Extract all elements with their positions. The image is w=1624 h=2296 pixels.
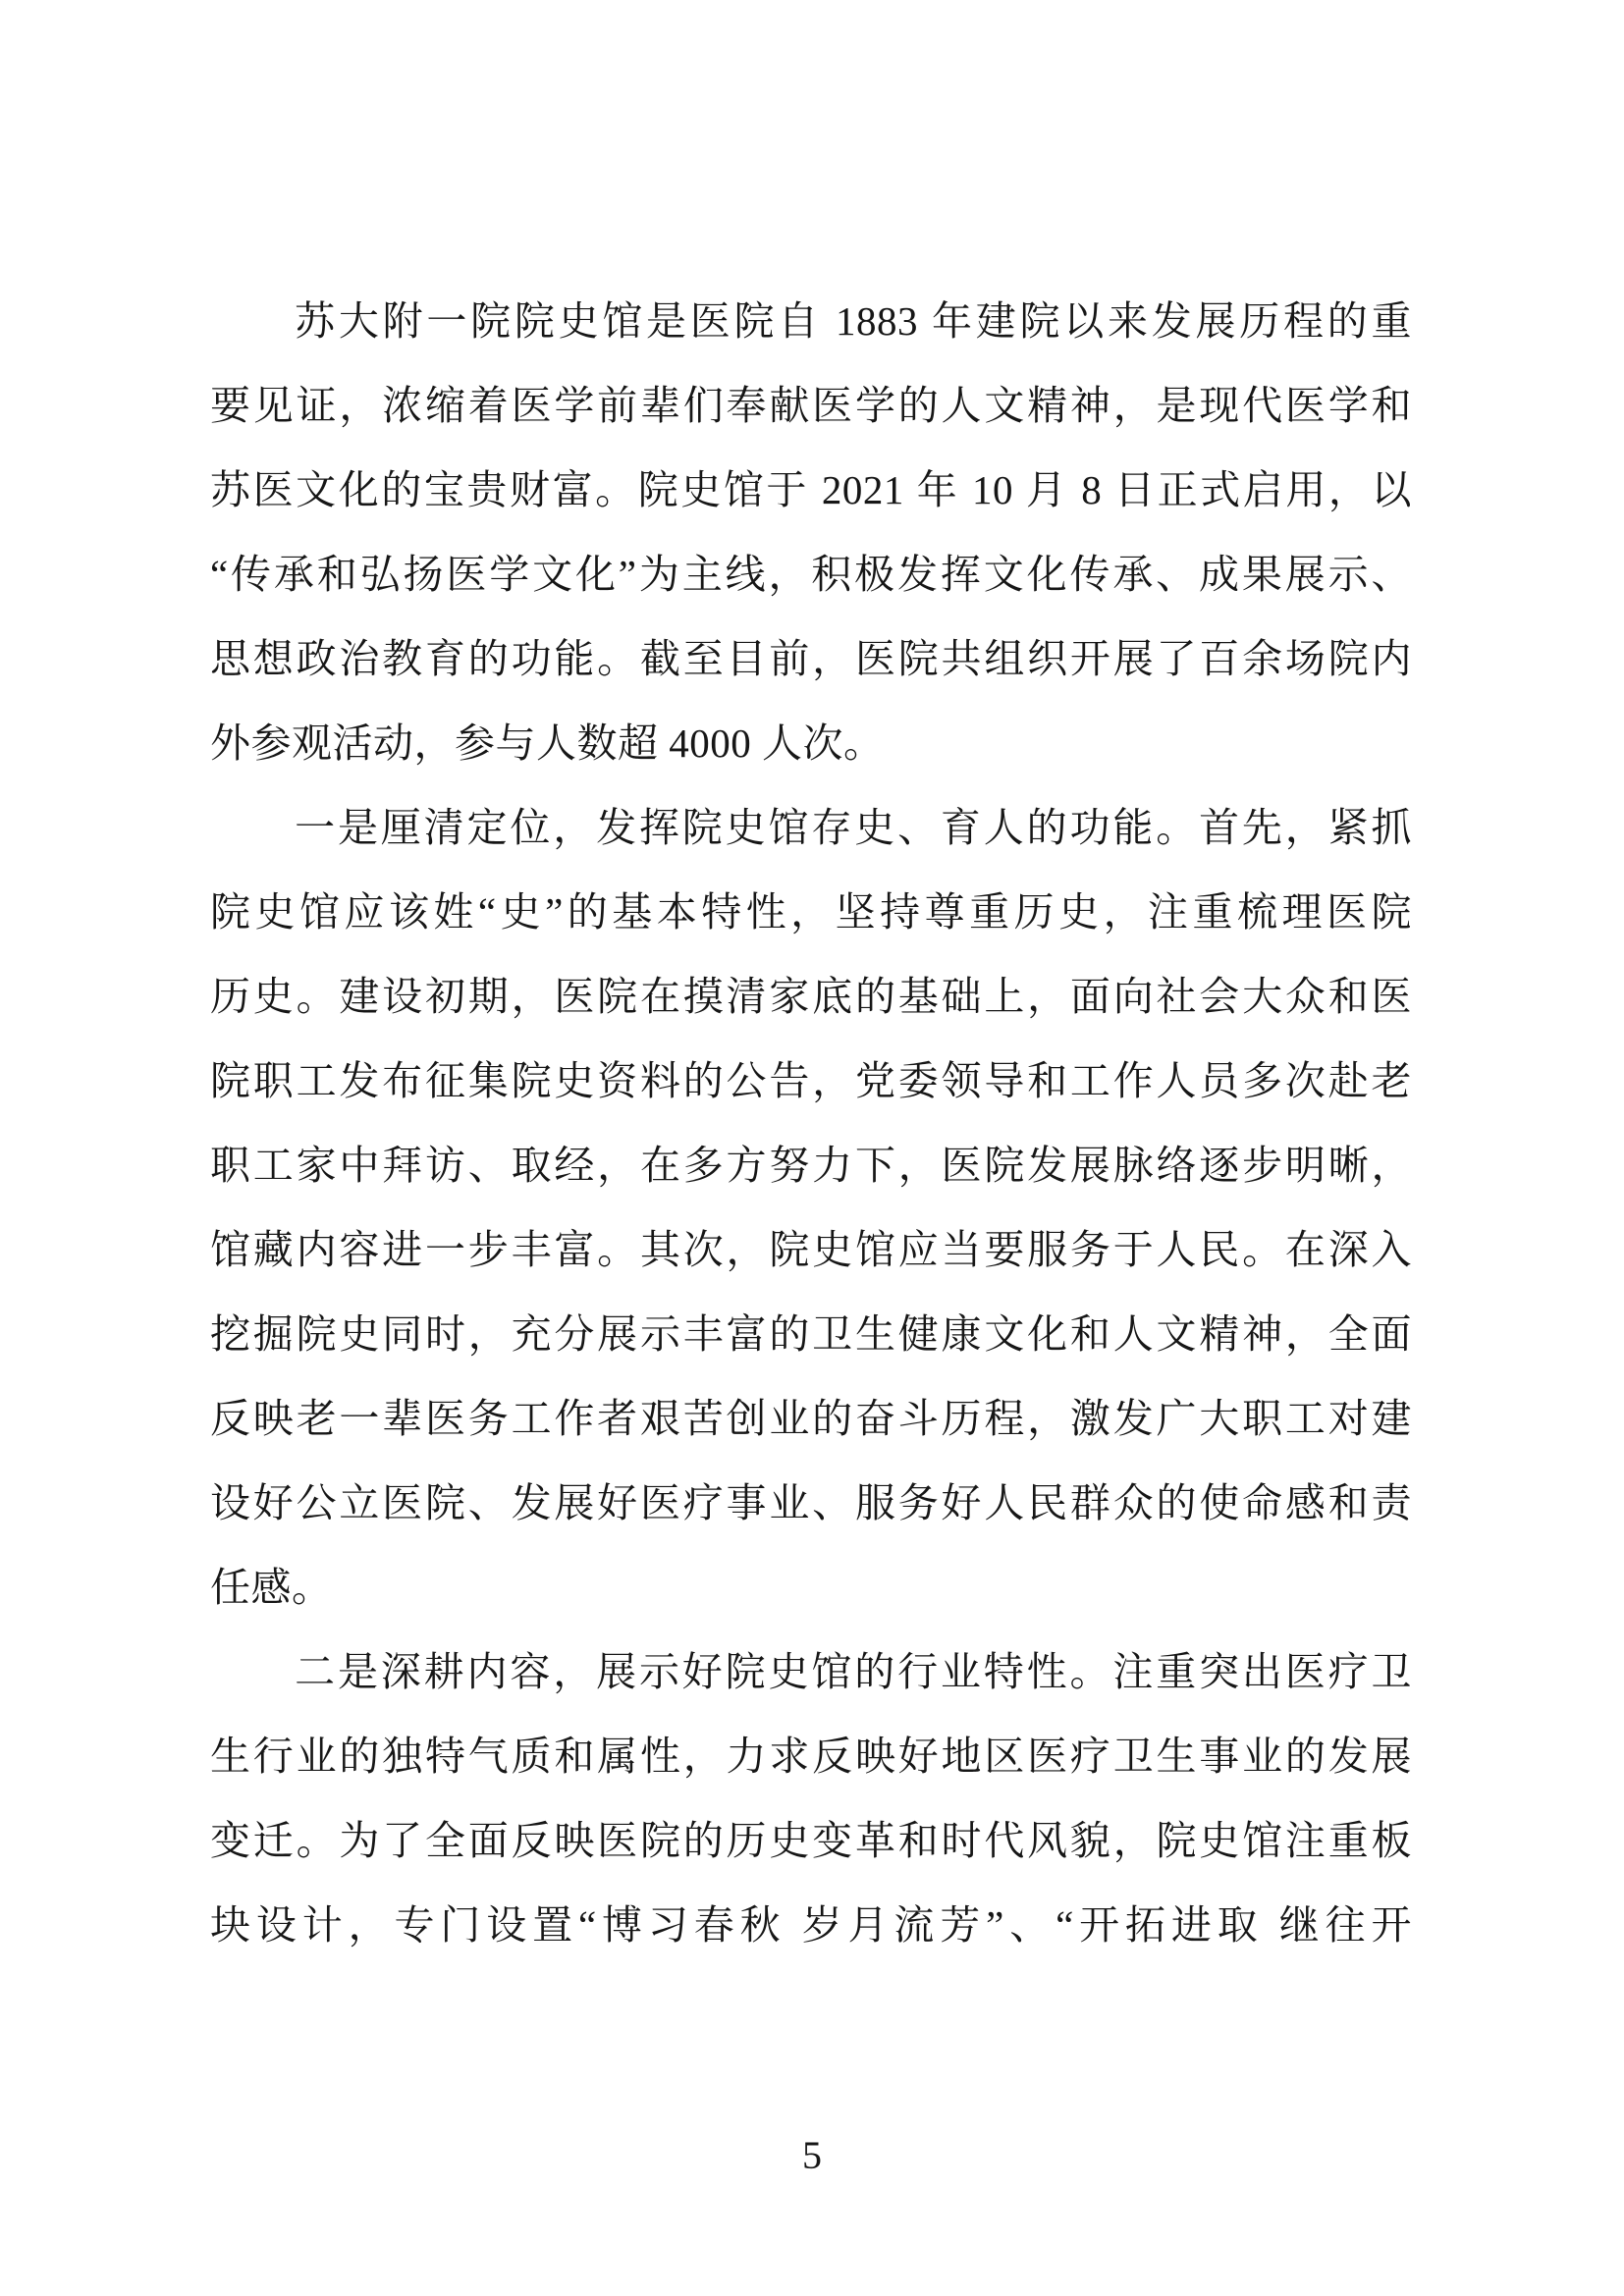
body-text: 苏大附一院院史馆是医院自 1883 年建院以来发展历程的重 要见证，浓缩着医学前… — [210, 279, 1412, 1967]
page-number: 5 — [0, 2132, 1624, 2179]
body-line: 二是深耕内容，展示好院史馆的行业特性。注重突出医疗卫 — [210, 1629, 1412, 1714]
body-line: 挖掘院史同时，充分展示丰富的卫生健康文化和人文精神，全面 — [210, 1292, 1412, 1376]
body-line: 苏大附一院院史馆是医院自 1883 年建院以来发展历程的重 — [210, 279, 1412, 363]
body-line: 要见证，浓缩着医学前辈们奉献医学的人文精神，是现代医学和 — [210, 363, 1412, 448]
body-line: 外参观活动，参与人数超 4000 人次。 — [210, 701, 1412, 785]
body-line: 块设计，专门设置“博习春秋 岁月流芳”、“开拓进取 继往开 — [210, 1883, 1412, 1967]
body-line: 变迁。为了全面反映医院的历史变革和时代风貌，院史馆注重板 — [210, 1798, 1412, 1883]
body-line: 苏医文化的宝贵财富。院史馆于 2021 年 10 月 8 日正式启用，以 — [210, 448, 1412, 532]
body-line: “传承和弘扬医学文化”为主线，积极发挥文化传承、成果展示、 — [210, 532, 1412, 616]
body-line: 院史馆应该姓“史”的基本特性，坚持尊重历史，注重梳理医院 — [210, 870, 1412, 954]
body-line: 任感。 — [210, 1545, 1412, 1629]
body-line: 职工家中拜访、取经，在多方努力下，医院发展脉络逐步明晰， — [210, 1123, 1412, 1207]
body-line: 思想政治教育的功能。截至目前，医院共组织开展了百余场院内 — [210, 616, 1412, 701]
body-line: 生行业的独特气质和属性，力求反映好地区医疗卫生事业的发展 — [210, 1714, 1412, 1798]
body-line: 一是厘清定位，发挥院史馆存史、育人的功能。首先，紧抓 — [210, 785, 1412, 870]
body-line: 设好公立医院、发展好医疗事业、服务好人民群众的使命感和责 — [210, 1461, 1412, 1545]
body-line: 馆藏内容进一步丰富。其次，院史馆应当要服务于人民。在深入 — [210, 1207, 1412, 1292]
body-line: 反映老一辈医务工作者艰苦创业的奋斗历程，激发广大职工对建 — [210, 1376, 1412, 1461]
body-line: 院职工发布征集院史资料的公告，党委领导和工作人员多次赴老 — [210, 1039, 1412, 1123]
document-page: 苏大附一院院史馆是医院自 1883 年建院以来发展历程的重 要见证，浓缩着医学前… — [0, 0, 1624, 2296]
body-line: 历史。建设初期，医院在摸清家底的基础上，面向社会大众和医 — [210, 954, 1412, 1039]
